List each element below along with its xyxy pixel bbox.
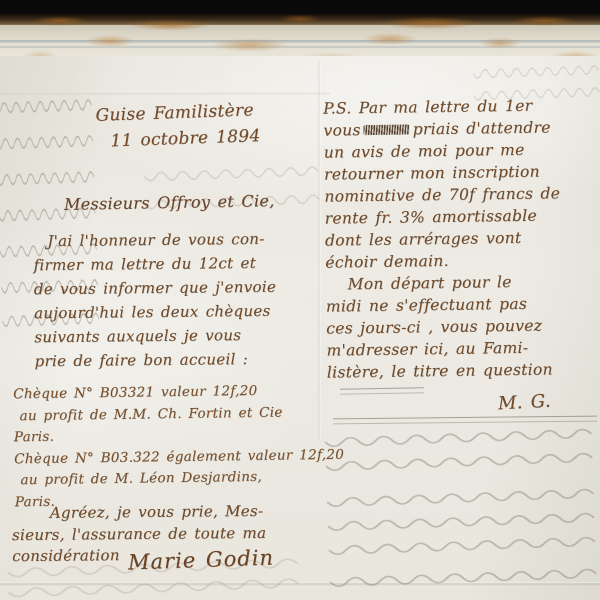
ps-struck-pre: vous <box>323 121 360 140</box>
body-line: suivants auxquels je vous <box>34 323 276 350</box>
page-edge-blue-line-2 <box>0 46 600 48</box>
letter-heading: Guise Familistère 11 octobre 1894 <box>95 97 261 155</box>
body-line: firmer ma lettre du 12ct et <box>34 251 276 278</box>
heading-date: 11 octobre 1894 <box>110 123 261 154</box>
postscript-initials: M. G. <box>497 391 551 415</box>
postscript: P.S. Par ma lettre du 1er vouspriais d'a… <box>323 94 563 383</box>
closing-line: Agréez, je vous prie, Mes- <box>50 501 266 524</box>
ps-line: Mon départ pour le <box>347 270 561 295</box>
album-cover-edge <box>0 0 600 15</box>
cheque-line: Chèque N° B03.322 également valeur 12f,2… <box>14 444 344 470</box>
salutation: Messieurs Offroy et Cie, <box>64 191 275 214</box>
ps-line: rente fr. 3% amortissable <box>325 204 561 229</box>
letter-photograph: Guise Familistère 11 octobre 1894 Messie… <box>0 0 600 600</box>
crossed-out-word <box>364 124 410 135</box>
ps-struck-post: priais d'attendre <box>413 118 551 138</box>
body-line: J'ai l'honneur de vous con- <box>47 227 275 253</box>
body-line: de vous informer que j'envoie <box>34 275 276 302</box>
ps-line: listère, le titre en question <box>327 358 563 383</box>
body-line: aujourd'hui les deux chèques <box>34 299 276 326</box>
letter-body: J'ai l'honneur de vous con- firmer ma le… <box>33 227 277 374</box>
closing-line: sieurs, l'assurance de toute ma <box>12 522 266 546</box>
body-line: prie de faire bon accueil : <box>35 347 277 374</box>
page-edge-blue-line <box>0 40 600 43</box>
signature: Marie Godin <box>128 545 275 574</box>
cheque-details: Chèque N° B03321 valeur 12f,20 au profit… <box>13 380 345 514</box>
